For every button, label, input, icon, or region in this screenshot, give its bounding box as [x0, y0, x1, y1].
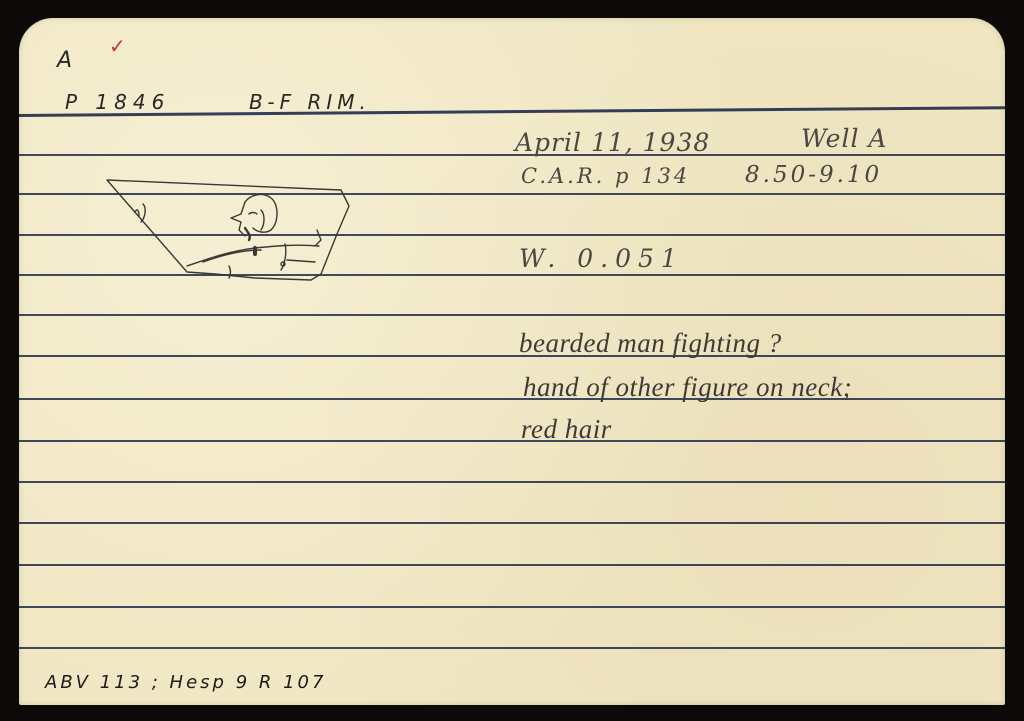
- ruled-line: [19, 398, 1005, 400]
- sherd-sketch-icon: [105, 174, 355, 284]
- description-line-3: red hair: [521, 414, 612, 445]
- inventory-number: P 1846: [65, 90, 170, 114]
- bibliography-reference: ABV 113 ; Hesp 9 R 107: [45, 672, 326, 693]
- red-check-mark: ✓: [109, 34, 126, 58]
- classification: B-F RIM.: [249, 90, 371, 114]
- catalog-card: A ✓ P 1846 B-F RIM. April 11, 1938 Well …: [19, 18, 1005, 705]
- depth-range: 8.50-9.10: [745, 162, 882, 188]
- ruled-line: [19, 481, 1005, 483]
- ruled-line: [19, 440, 1005, 442]
- deposit: Well A: [801, 124, 887, 153]
- ruled-line: [19, 314, 1005, 316]
- notebook-reference: C.A.R. p 134: [521, 164, 690, 188]
- excavation-date: April 11, 1938: [515, 128, 710, 157]
- ruled-line: [19, 647, 1005, 649]
- ruled-line: [19, 355, 1005, 357]
- description-line-1: bearded man fighting ?: [519, 328, 782, 359]
- ruled-line: [19, 154, 1005, 156]
- side-label: A: [57, 48, 75, 73]
- ruled-line: [19, 564, 1005, 566]
- ruled-line: [19, 606, 1005, 608]
- width-measurement: W. 0.051: [519, 244, 684, 273]
- ruled-line: [19, 522, 1005, 524]
- description-line-2: hand of other figure on neck;: [523, 372, 852, 403]
